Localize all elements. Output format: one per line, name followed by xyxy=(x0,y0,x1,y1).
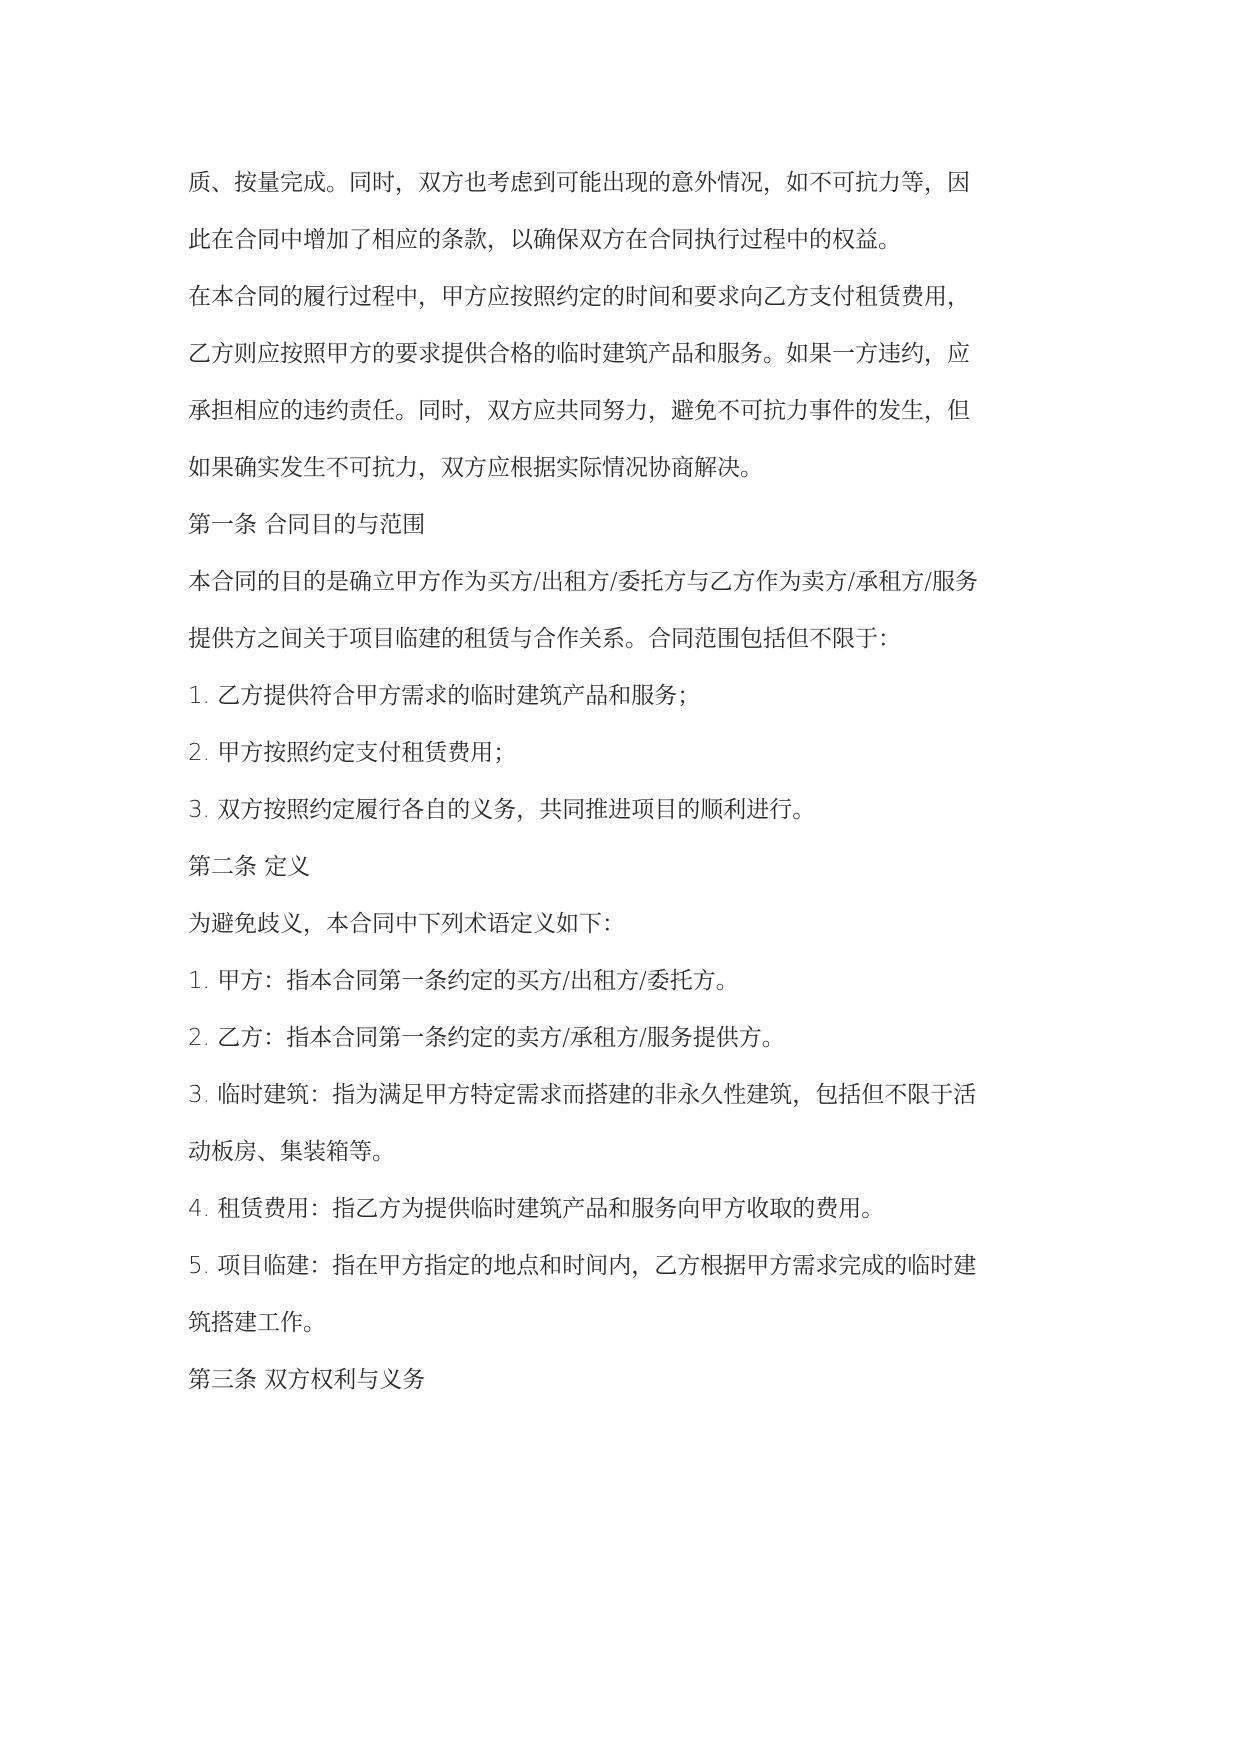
document-page: 质、按量完成。同时，双方也考虑到可能出现的意外情况，如不可抗力等，因 此在合同中… xyxy=(0,0,1240,1753)
definition-item: 2. 乙方：指本合同第一条约定的卖方/承租方/服务提供方。 xyxy=(188,1021,1048,1078)
list-item: 3. 双方按照约定履行各自的义务，共同推进项目的顺利进行。 xyxy=(188,793,1048,850)
definition-item: 3. 临时建筑：指为满足甲方特定需求而搭建的非永久性建筑，包括但不限于活 xyxy=(188,1078,1048,1135)
paragraph-line: 此在合同中增加了相应的条款，以确保双方在合同执行过程中的权益。 xyxy=(188,223,1048,280)
document-body: 质、按量完成。同时，双方也考虑到可能出现的意外情况，如不可抗力等，因 此在合同中… xyxy=(188,166,1048,1420)
paragraph-line: 提供方之间关于项目临建的租赁与合作关系。合同范围包括但不限于： xyxy=(188,622,1048,679)
section-heading-article-1: 第一条 合同目的与范围 xyxy=(188,508,1048,565)
paragraph-line: 乙方则应按照甲方的要求提供合格的临时建筑产品和服务。如果一方违约，应 xyxy=(188,337,1048,394)
paragraph-line: 质、按量完成。同时，双方也考虑到可能出现的意外情况，如不可抗力等，因 xyxy=(188,166,1048,223)
paragraph-line: 本合同的目的是确立甲方作为买方/出租方/委托方与乙方作为卖方/承租方/服务 xyxy=(188,565,1048,622)
list-item: 1. 乙方提供符合甲方需求的临时建筑产品和服务； xyxy=(188,679,1048,736)
definition-item-continuation: 筑搭建工作。 xyxy=(188,1306,1048,1363)
paragraph-line: 如果确实发生不可抗力，双方应根据实际情况协商解决。 xyxy=(188,451,1048,508)
paragraph-line: 承担相应的违约责任。同时，双方应共同努力，避免不可抗力事件的发生，但 xyxy=(188,394,1048,451)
definition-item: 5. 项目临建：指在甲方指定的地点和时间内，乙方根据甲方需求完成的临时建 xyxy=(188,1249,1048,1306)
list-item: 2. 甲方按照约定支付租赁费用； xyxy=(188,736,1048,793)
section-heading-article-2: 第二条 定义 xyxy=(188,850,1048,907)
definition-item: 4. 租赁费用：指乙方为提供临时建筑产品和服务向甲方收取的费用。 xyxy=(188,1192,1048,1249)
paragraph-line: 在本合同的履行过程中，甲方应按照约定的时间和要求向乙方支付租赁费用， xyxy=(188,280,1048,337)
section-heading-article-3: 第三条 双方权利与义务 xyxy=(188,1363,1048,1420)
definition-item: 1. 甲方：指本合同第一条约定的买方/出租方/委托方。 xyxy=(188,964,1048,1021)
paragraph-line: 为避免歧义，本合同中下列术语定义如下： xyxy=(188,907,1048,964)
definition-item-continuation: 动板房、集装箱等。 xyxy=(188,1135,1048,1192)
